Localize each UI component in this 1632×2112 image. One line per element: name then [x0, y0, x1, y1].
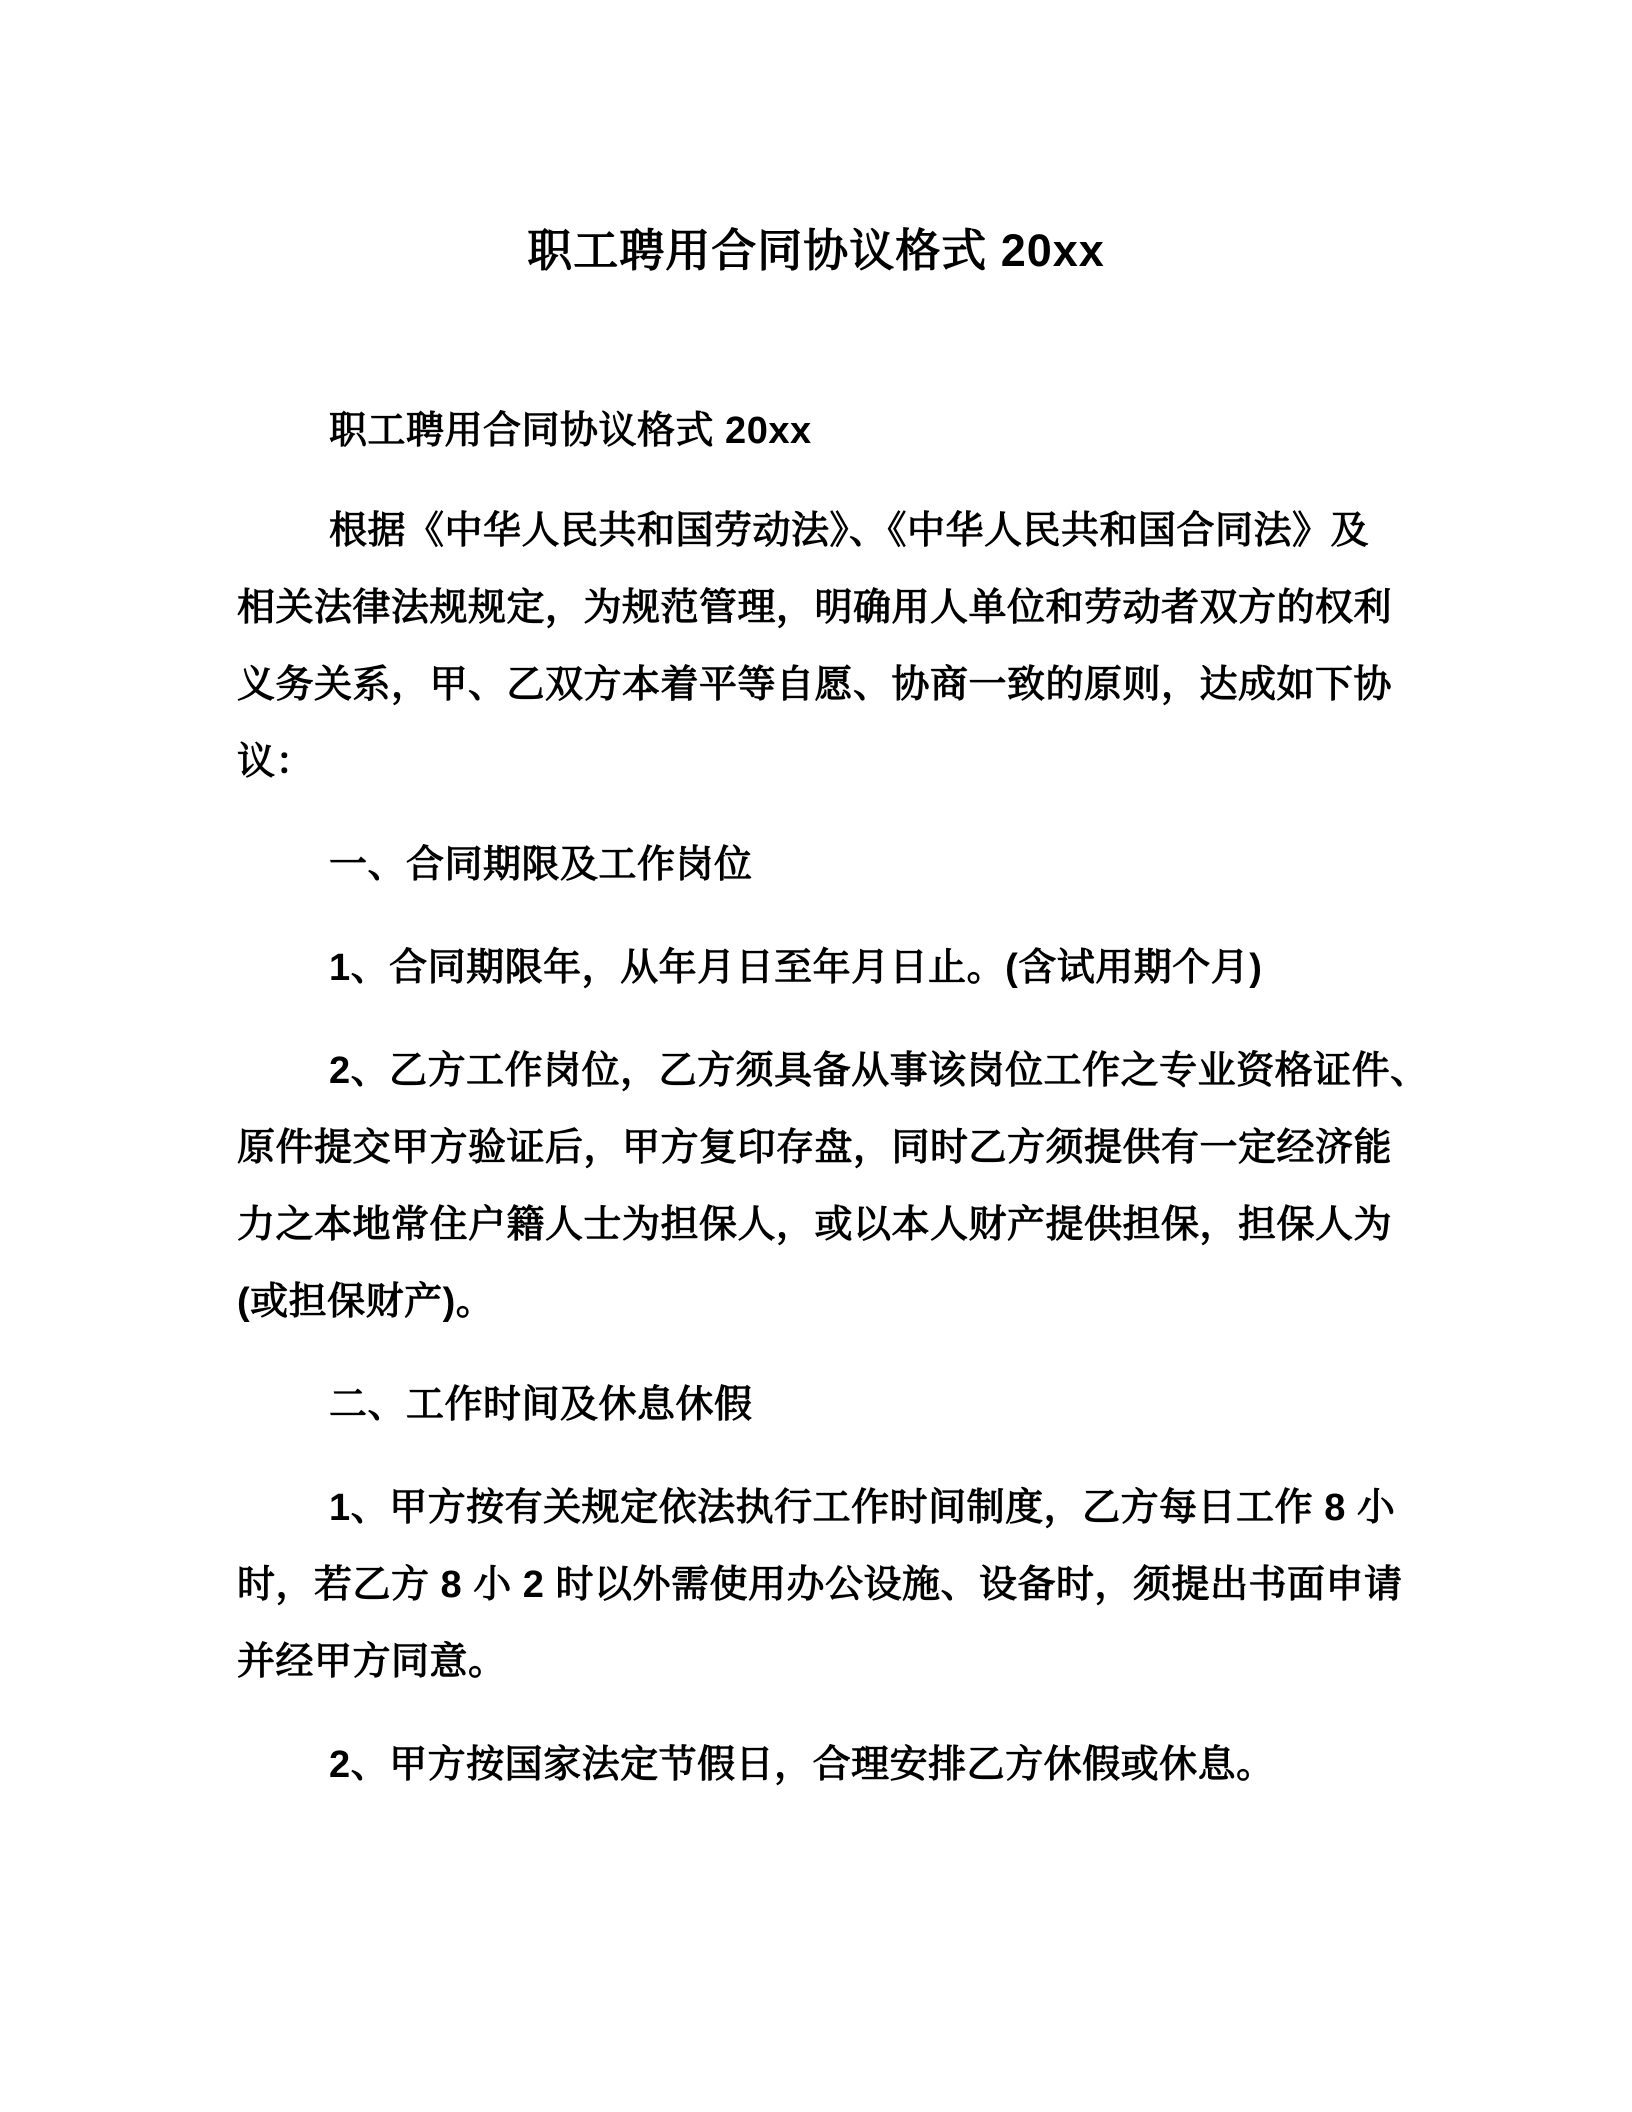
text-line: 议： [237, 724, 1395, 801]
text-line: 时，若乙方 8 小 2 时以外需使用办公设施、设备时，须提出书面申请 [237, 1547, 1395, 1624]
section-heading-text: 二、工作时间及休息休假 [237, 1367, 1395, 1444]
text-line: 2、甲方按国家法定节假日，合理安排乙方休假或休息。 [237, 1727, 1395, 1804]
clause-1-2: 2、乙方工作岗位，乙方须具备从事该岗位工作之专业资格证件、 原件提交甲方验证后，… [237, 1033, 1395, 1341]
document-subtitle-text: 职工聘用合同协议格式 20xx [237, 393, 1395, 470]
clause-1-1: 1、合同期限年，从年月日至年月日止。(含试用期个月) [237, 930, 1395, 1007]
section-heading-2: 二、工作时间及休息休假 [237, 1367, 1395, 1444]
text-line: 根据《中华人民共和国劳动法》、《中华人民共和国合同法》及 [237, 493, 1395, 570]
text-line: (或担保财产)。 [237, 1264, 1395, 1341]
document-title: 职工聘用合同协议格式 20xx [237, 222, 1395, 280]
text-line: 义务关系，甲、乙双方本着平等自愿、协商一致的原则，达成如下协 [237, 647, 1395, 724]
document-subtitle: 职工聘用合同协议格式 20xx [237, 393, 1395, 470]
document-page: 职工聘用合同协议格式 20xx 职工聘用合同协议格式 20xx 根据《中华人民共… [0, 0, 1632, 2112]
text-line: 1、合同期限年，从年月日至年月日止。(含试用期个月) [237, 930, 1395, 1007]
text-line: 力之本地常住户籍人士为担保人，或以本人财产提供担保，担保人为 [237, 1187, 1395, 1264]
text-line: 原件提交甲方验证后，甲方复印存盘，同时乙方须提供有一定经济能 [237, 1110, 1395, 1187]
intro-paragraph: 根据《中华人民共和国劳动法》、《中华人民共和国合同法》及 相关法律法规规定，为规… [237, 493, 1395, 801]
section-heading-1: 一、合同期限及工作岗位 [237, 827, 1395, 904]
section-heading-text: 一、合同期限及工作岗位 [237, 827, 1395, 904]
clause-2-1: 1、甲方按有关规定依法执行工作时间制度，乙方每日工作 8 小 时，若乙方 8 小… [237, 1470, 1395, 1701]
text-line: 1、甲方按有关规定依法执行工作时间制度，乙方每日工作 8 小 [237, 1470, 1395, 1547]
clause-2-2: 2、甲方按国家法定节假日，合理安排乙方休假或休息。 [237, 1727, 1395, 1804]
text-line: 相关法律法规规定，为规范管理，明确用人单位和劳动者双方的权利 [237, 570, 1395, 647]
text-line: 2、乙方工作岗位，乙方须具备从事该岗位工作之专业资格证件、 [237, 1033, 1395, 1110]
text-line: 并经甲方同意。 [237, 1624, 1395, 1701]
